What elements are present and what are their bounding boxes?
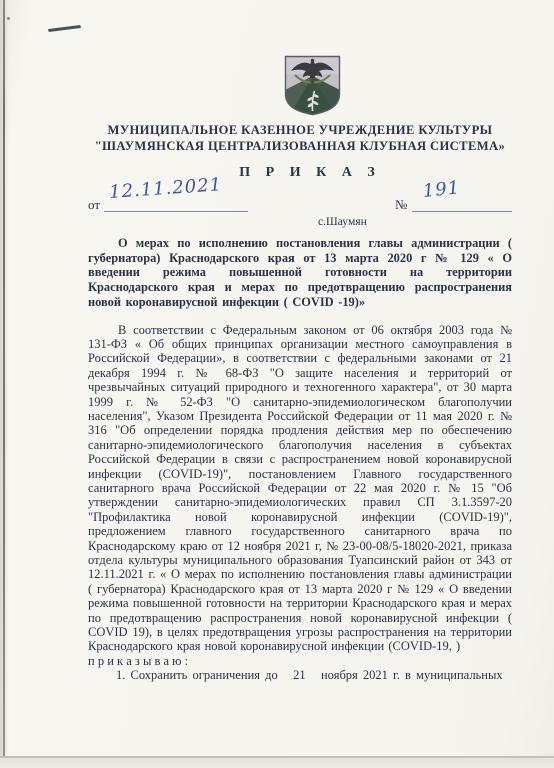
order-text-block: О мерах по исполнению постановления глав… — [88, 236, 512, 683]
resolve-word: п р и к а з ы в а ю : — [88, 654, 512, 668]
order-preamble: В соответствии с Федеральным законом от … — [88, 323, 512, 654]
date-label: от — [88, 197, 100, 213]
handwritten-number: 191 — [422, 177, 461, 202]
place-line: с.Шаумян — [318, 215, 367, 228]
order-title: О мерах по исполнению постановления глав… — [88, 236, 512, 310]
scan-speck — [7, 17, 10, 20]
scan-bottom-edge — [0, 756, 554, 768]
pen-mark — [48, 25, 81, 32]
number-underline: 191 — [412, 185, 512, 212]
scan-left-edge-line — [3, 0, 5, 768]
scanned-order-page: МУНИЦИПАЛЬНОЕ КАЗЕННОЕ УЧРЕЖДЕНИЕ КУЛЬТУ… — [0, 0, 554, 768]
tuapse-coat-of-arms-icon — [283, 54, 342, 117]
org-name-line1: МУНИЦИПАЛЬНОЕ КАЗЕННОЕ УЧРЕЖДЕНИЕ КУЛЬТУ… — [65, 123, 535, 138]
number-label: № — [395, 197, 407, 213]
date-underline: 12.11.2021 — [104, 185, 248, 212]
org-name-line2: "ШАУМЯНСКАЯ ЦЕНТРАЛИЗОВАННАЯ КЛУБНАЯ СИС… — [65, 139, 535, 154]
order-item-1: 1. Сохранить ограничения до 21 ноября 20… — [88, 668, 512, 682]
